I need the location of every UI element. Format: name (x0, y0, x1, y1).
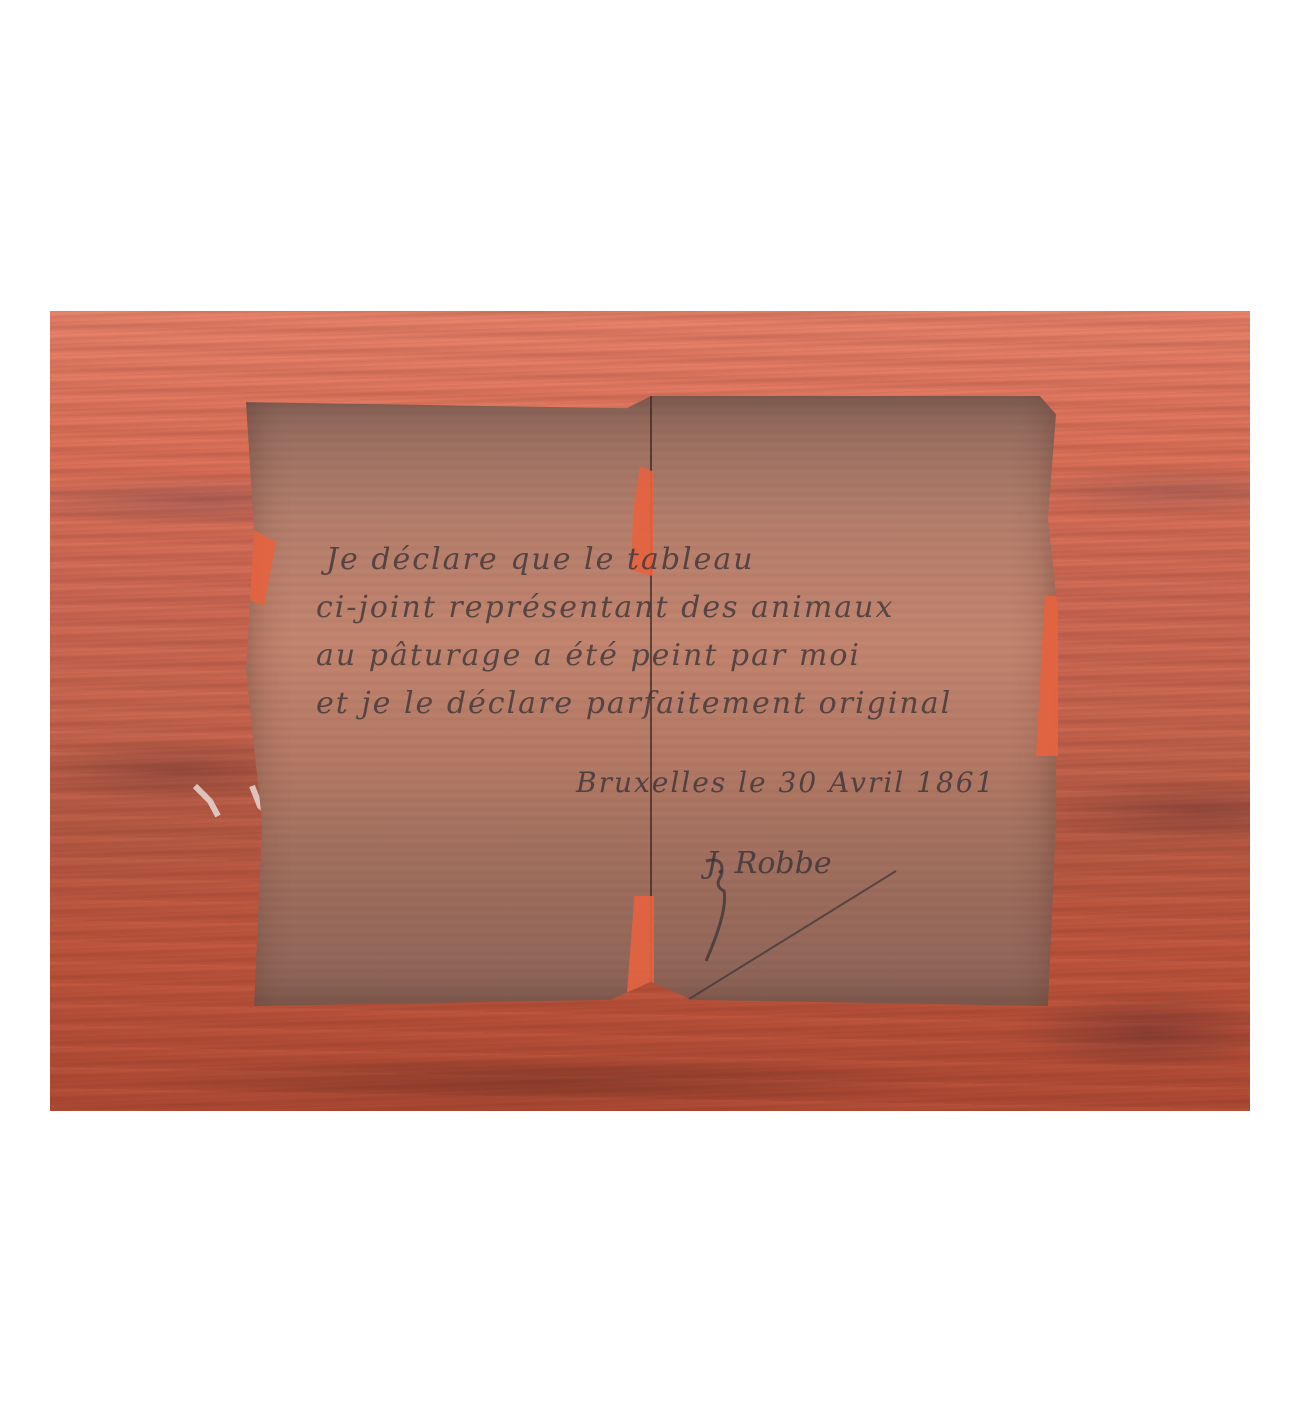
paper-label: Je déclare que le tableau ci-joint repré… (246, 396, 1056, 1006)
declaration-line: ci-joint représentant des animaux (316, 584, 1036, 632)
artist-signature: J. Robbe (706, 846, 832, 881)
declaration-line: Je déclare que le tableau (316, 536, 1036, 584)
paint-loss-area (1036, 596, 1058, 756)
place-and-date: Bruxelles le 30 Avril 1861 (576, 766, 995, 799)
wood-panel: Je déclare que le tableau ci-joint repré… (50, 311, 1250, 1111)
declaration-line: et je le déclare parfaitement original (316, 680, 1036, 728)
handwritten-declaration: Je déclare que le tableau ci-joint repré… (316, 536, 1036, 728)
paint-loss-area (626, 896, 654, 1006)
paint-loss-area (246, 526, 276, 606)
white-paint-mark (190, 781, 270, 821)
declaration-line: au pâturage a été peint par moi (316, 632, 1036, 680)
